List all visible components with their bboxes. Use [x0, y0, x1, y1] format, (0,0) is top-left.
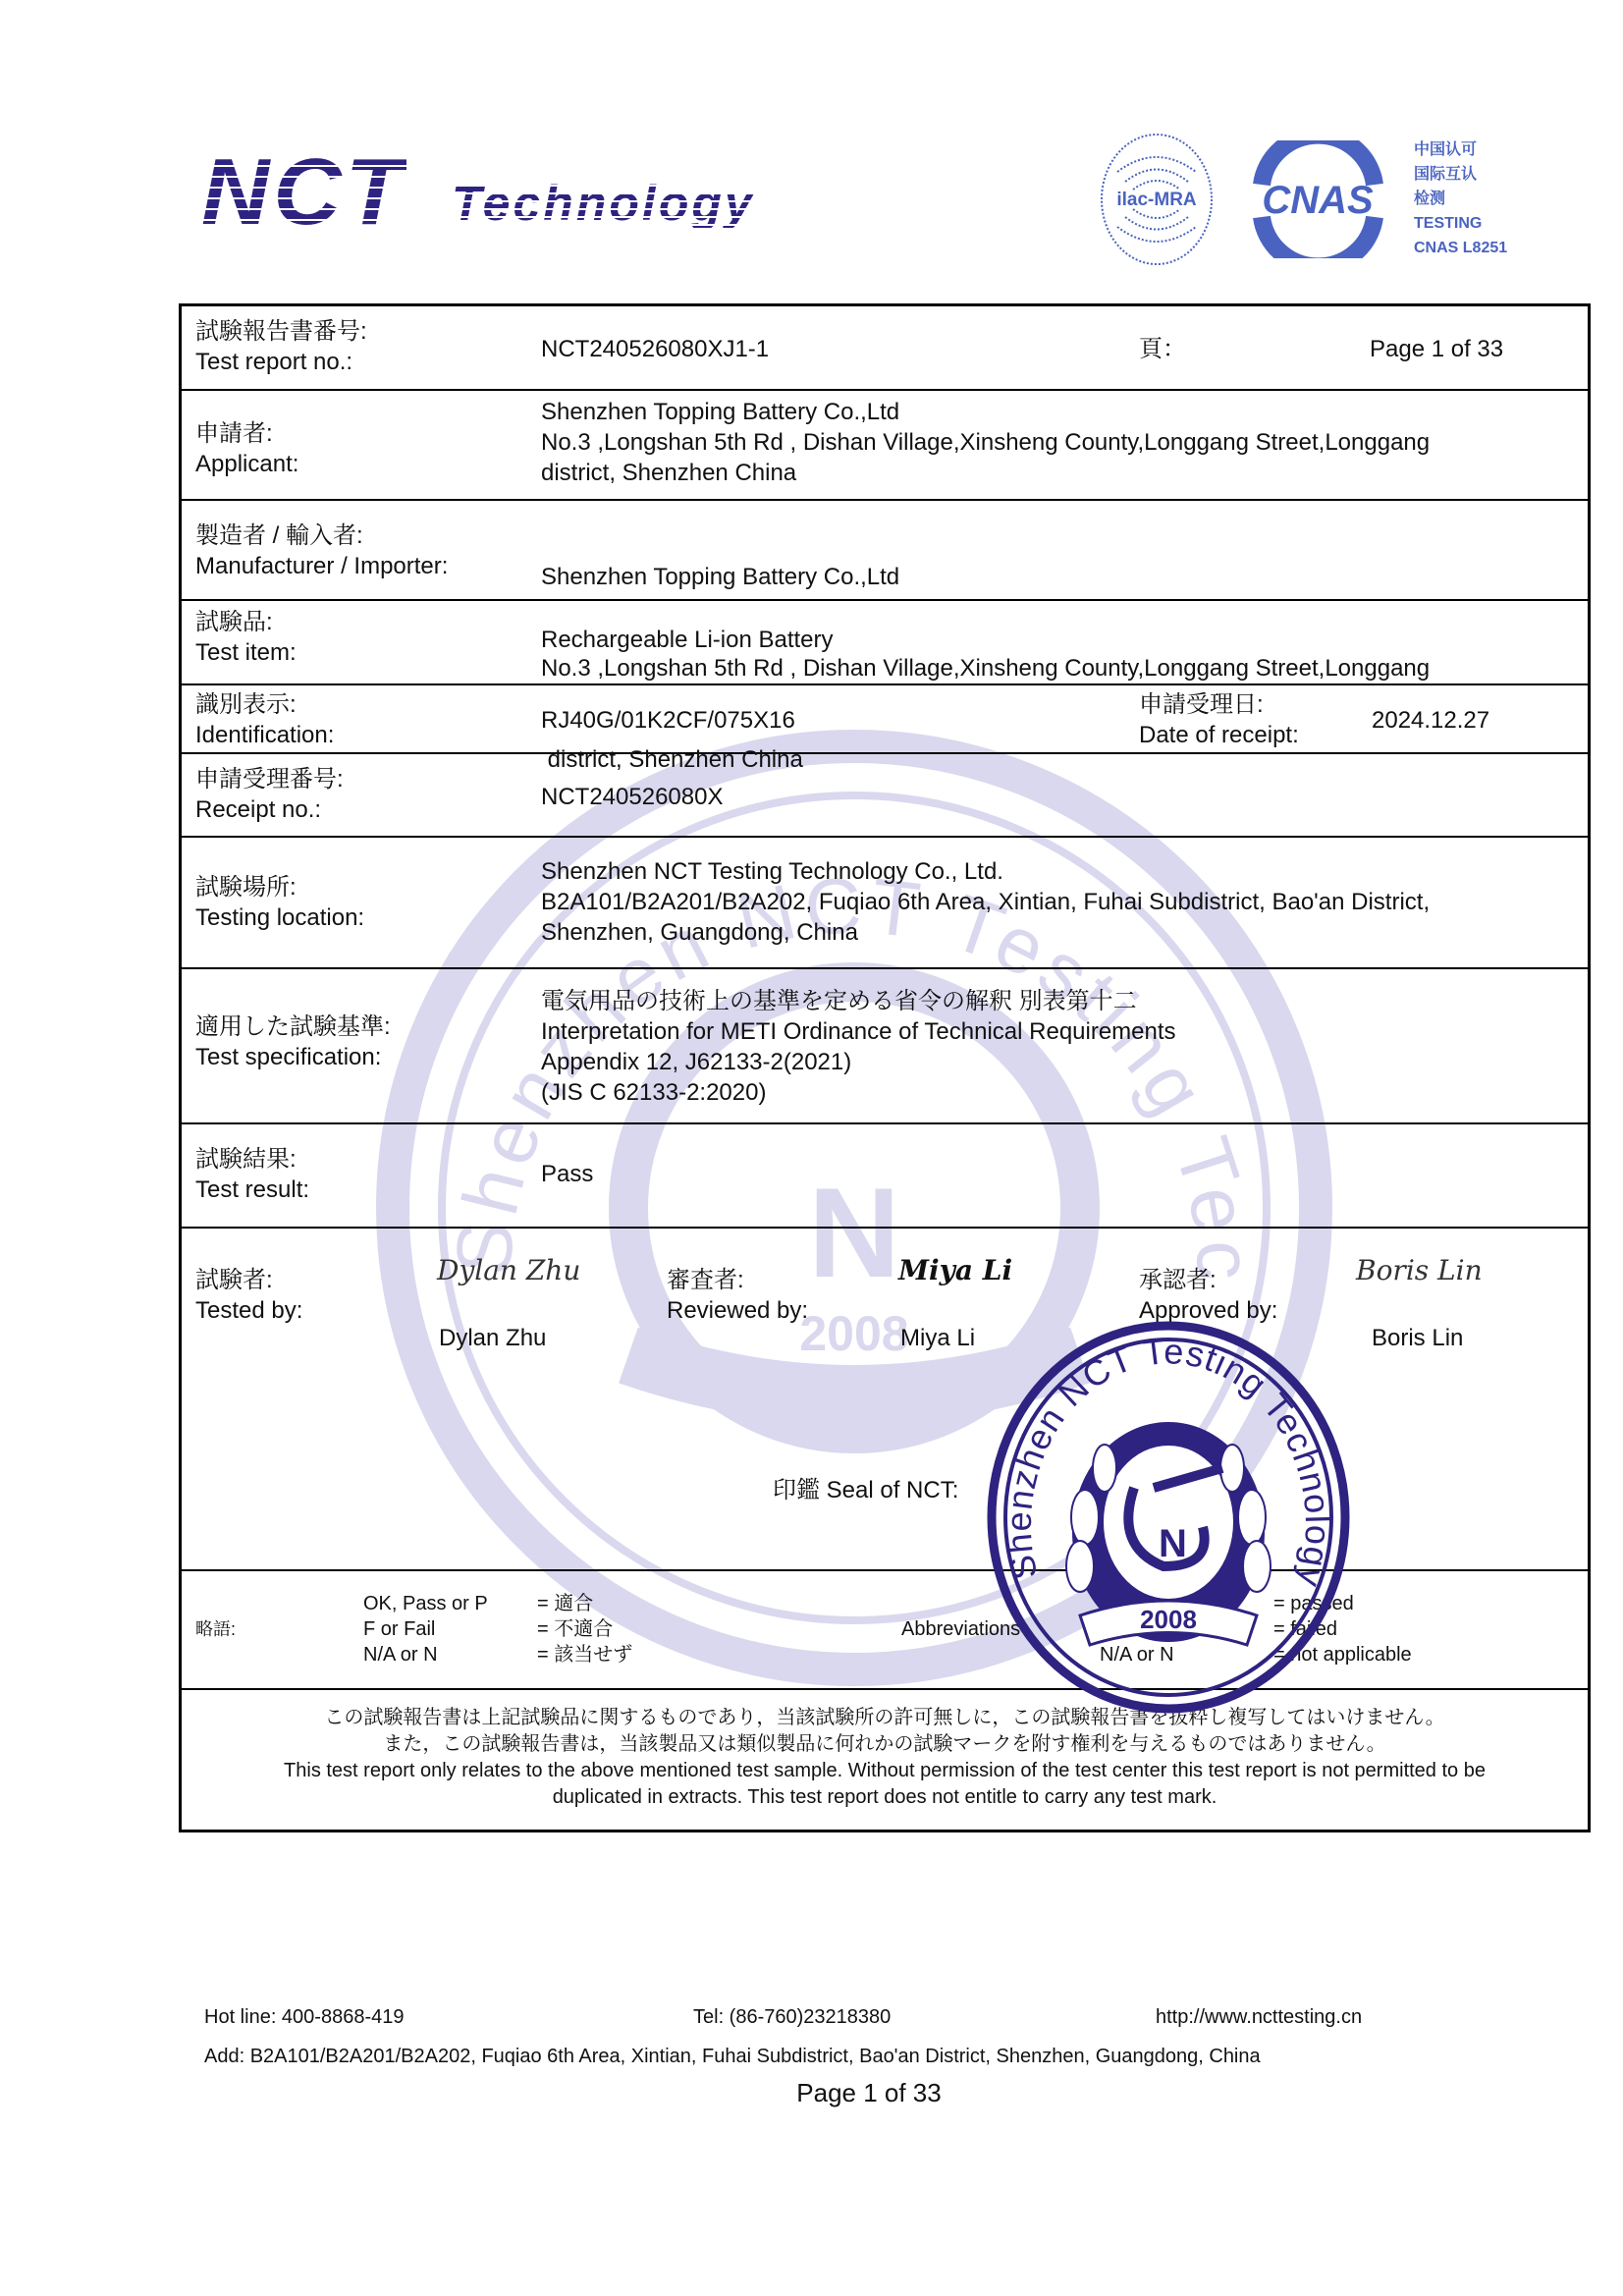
abbr-key: F or Fail	[1100, 1616, 1224, 1642]
label-jp: 試験者:	[195, 1265, 302, 1295]
abbr-value: = not applicable	[1273, 1642, 1412, 1667]
abbreviations-en-values: = passed = failed = not applicable	[1273, 1591, 1412, 1667]
footer-hotline: Hot line: 400-8868-419	[204, 2006, 404, 2029]
row-divider	[182, 967, 1588, 969]
abbr-value: = 該当せず	[537, 1642, 632, 1667]
label-en: Testing location:	[195, 902, 364, 933]
manufacturer-line: No.3 ,Longshan 5th Rd , Dishan Village,X…	[541, 653, 1430, 683]
abbr-key: OK, Pass or P	[363, 1591, 488, 1616]
cnas-line: TESTING	[1414, 211, 1507, 236]
cnas-line: 国际互认	[1414, 162, 1507, 187]
row-divider	[182, 1122, 1588, 1124]
label-jp: 試験場所:	[195, 872, 364, 902]
identification-label: 識別表示: Identification:	[195, 689, 334, 750]
applicant-line: No.3 ,Longshan 5th Rd , Dishan Village,X…	[541, 427, 1430, 458]
spec-line: Appendix 12, J62133-2(2021)	[541, 1047, 1176, 1077]
receipt-no-value: NCT240526080X	[541, 782, 723, 812]
report-no-value: NCT240526080XJ1-1	[541, 334, 769, 364]
applicant-line: Shenzhen Topping Battery Co.,Ltd	[541, 397, 1430, 427]
svg-text:ilac-MRA: ilac-MRA	[1116, 190, 1197, 210]
abbreviations-en-keys: OK, Pass or P F or Fail N/A or N	[1100, 1591, 1224, 1667]
label-en: Reviewed by:	[667, 1295, 808, 1326]
spec-line: 電気用品の技術上の基準を定める省令の解釈 別表第十二	[541, 986, 1176, 1016]
footer-page-number: Page 1 of 33	[0, 2078, 1623, 2108]
abbreviations-label-en: Abbreviations	[901, 1616, 1020, 1642]
abbreviations-jp-keys: OK, Pass or P F or Fail N/A or N	[363, 1591, 488, 1667]
approved-by-signature: Boris Lin	[1356, 1255, 1483, 1285]
label-en: Test item:	[195, 637, 297, 668]
location-line: B2A101/B2A201/B2A202, Fuqiao 6th Area, X…	[541, 887, 1430, 917]
label-jp: 申請受理番号:	[195, 764, 344, 794]
approved-by-label: 承認者: Approved by:	[1139, 1265, 1277, 1326]
seal-label: 印鑑 Seal of NCT:	[773, 1475, 958, 1505]
reviewed-by-signature: Miya Li	[898, 1255, 1012, 1285]
test-item-label: 試験品: Test item:	[195, 607, 297, 668]
test-result-value: Pass	[541, 1159, 593, 1189]
report-no-label: 試験報告書番号: Test report no.:	[195, 316, 367, 377]
manufacturer-line: Shenzhen Topping Battery Co.,Ltd	[541, 562, 1430, 592]
test-item-value: Rechargeable Li-ion Battery	[541, 625, 834, 655]
reviewed-by-name: Miya Li	[900, 1323, 975, 1353]
abbr-value: = 不適合	[537, 1616, 632, 1642]
abbr-key: F or Fail	[363, 1616, 488, 1642]
location-line: Shenzhen NCT Testing Technology Co., Ltd…	[541, 856, 1430, 887]
ilac-mra-logo-icon: ilac-MRA	[1098, 133, 1216, 266]
reviewed-by-label: 審査者: Reviewed by:	[667, 1265, 808, 1326]
abbreviations-label-jp: 略語:	[195, 1616, 236, 1642]
cnas-line: 中国认可	[1414, 137, 1507, 162]
receipt-no-label: 申請受理番号: Receipt no.:	[195, 764, 344, 825]
manufacturer-label: 製造者 / 輸入者: Manufacturer / Importer:	[195, 520, 448, 581]
abbr-value: = 適合	[537, 1591, 632, 1616]
label-jp: 製造者 / 輸入者:	[195, 520, 448, 551]
applicant-label: 申請者: Applicant:	[195, 418, 298, 479]
label-jp: 試験品:	[195, 607, 297, 637]
abbreviations-jp-values: = 適合 = 不適合 = 該当せず	[537, 1591, 632, 1667]
row-divider	[182, 1227, 1588, 1229]
nct-logo-technology: Technology	[452, 179, 755, 228]
svg-text:CNAS: CNAS	[1262, 179, 1374, 222]
abbr-key: OK, Pass or P	[1100, 1591, 1224, 1616]
notice-line: duplicated in extracts. This test report…	[182, 1784, 1588, 1811]
testing-location-value: Shenzhen NCT Testing Technology Co., Ltd…	[541, 856, 1430, 948]
tested-by-signature: Dylan Zhu	[437, 1255, 580, 1285]
abbr-value: = passed	[1273, 1591, 1412, 1616]
report-notice: この試験報告書は上記試験品に関するものであり，当該試験所の許可無しに，この試験報…	[182, 1705, 1588, 1811]
label-jp: 試験報告書番号:	[195, 316, 367, 347]
label-en: Test report no.:	[195, 347, 367, 377]
label-en: Identification:	[195, 720, 334, 750]
footer-tel: Tel: (86-760)23218380	[693, 2006, 891, 2029]
label-en: Applicant:	[195, 449, 298, 479]
spec-line: Interpretation for METI Ordinance of Tec…	[541, 1016, 1176, 1047]
label-jp: 識別表示:	[195, 689, 334, 720]
cnas-logo-icon: CNAS	[1242, 140, 1394, 258]
label-en: Manufacturer / Importer:	[195, 551, 448, 581]
test-report-table: 試験報告書番号: Test report no.: NCT240526080XJ…	[179, 303, 1591, 1832]
date-of-receipt-value: 2024.12.27	[1372, 705, 1489, 736]
page-label: 頁：	[1139, 334, 1186, 364]
abbr-key: N/A or N	[363, 1642, 488, 1667]
page-value: Page 1 of 33	[1370, 334, 1503, 364]
identification-value: RJ40G/01K2CF/075X16	[541, 705, 795, 736]
notice-line: この試験報告書は上記試験品に関するものであり，当該試験所の許可無しに，この試験報…	[182, 1705, 1588, 1731]
row-divider	[182, 836, 1588, 838]
approved-by-name: Boris Lin	[1372, 1323, 1463, 1353]
location-line: Shenzhen, Guangdong, China	[541, 917, 1430, 948]
label-en: Approved by:	[1139, 1295, 1277, 1326]
abbr-key: N/A or N	[1100, 1642, 1224, 1667]
cnas-accreditation-text: 中国认可 国际互认 检测 TESTING CNAS L8251	[1414, 137, 1507, 260]
test-specification-value: 電気用品の技術上の基準を定める省令の解釈 別表第十二 Interpretatio…	[541, 986, 1176, 1108]
cnas-line: CNAS L8251	[1414, 236, 1507, 260]
label-jp: 審査者:	[667, 1265, 808, 1295]
label-jp: 申請者:	[195, 418, 298, 449]
notice-line: また，この試験報告書は，当該製品又は類似製品に何れかの試験マークを附す権利を与え…	[182, 1731, 1588, 1758]
label-en: Receipt no.:	[195, 794, 344, 825]
label-en: Date of receipt:	[1139, 720, 1299, 750]
label-jp: 適用した試験基準:	[195, 1011, 391, 1042]
row-divider	[182, 389, 1588, 391]
label-jp: 承認者:	[1139, 1265, 1277, 1295]
label-en: Test result:	[195, 1175, 309, 1205]
applicant-value: Shenzhen Topping Battery Co.,Ltd No.3 ,L…	[541, 397, 1430, 488]
notice-line: This test report only relates to the abo…	[182, 1758, 1588, 1784]
row-divider	[182, 1569, 1588, 1571]
test-result-label: 試験結果: Test result:	[195, 1144, 309, 1205]
date-of-receipt-label: 申請受理日: Date of receipt:	[1139, 689, 1299, 750]
test-specification-label: 適用した試験基準: Test specification:	[195, 1011, 391, 1072]
tested-by-label: 試験者: Tested by:	[195, 1265, 302, 1326]
abbr-value: = failed	[1273, 1616, 1412, 1642]
cnas-line: 检测	[1414, 187, 1507, 211]
label-en: Tested by:	[195, 1295, 302, 1326]
testing-location-label: 試験場所: Testing location:	[195, 872, 364, 933]
nct-logo: NCT	[201, 145, 406, 240]
row-divider	[182, 1688, 1588, 1690]
spec-line: (JIS C 62133-2:2020)	[541, 1077, 1176, 1108]
tested-by-name: Dylan Zhu	[439, 1323, 546, 1353]
footer-website-link[interactable]: http://www.ncttesting.cn	[1156, 2006, 1362, 2029]
label-jp: 試験結果:	[195, 1144, 309, 1175]
edge-stamp-fragment-icon	[1610, 1228, 1623, 1404]
label-en: Test specification:	[195, 1042, 391, 1072]
footer-address: Add: B2A101/B2A201/B2A202, Fuqiao 6th Ar…	[204, 2046, 1261, 2068]
applicant-line: district, Shenzhen China	[541, 458, 1430, 488]
label-jp: 申請受理日:	[1139, 689, 1299, 720]
